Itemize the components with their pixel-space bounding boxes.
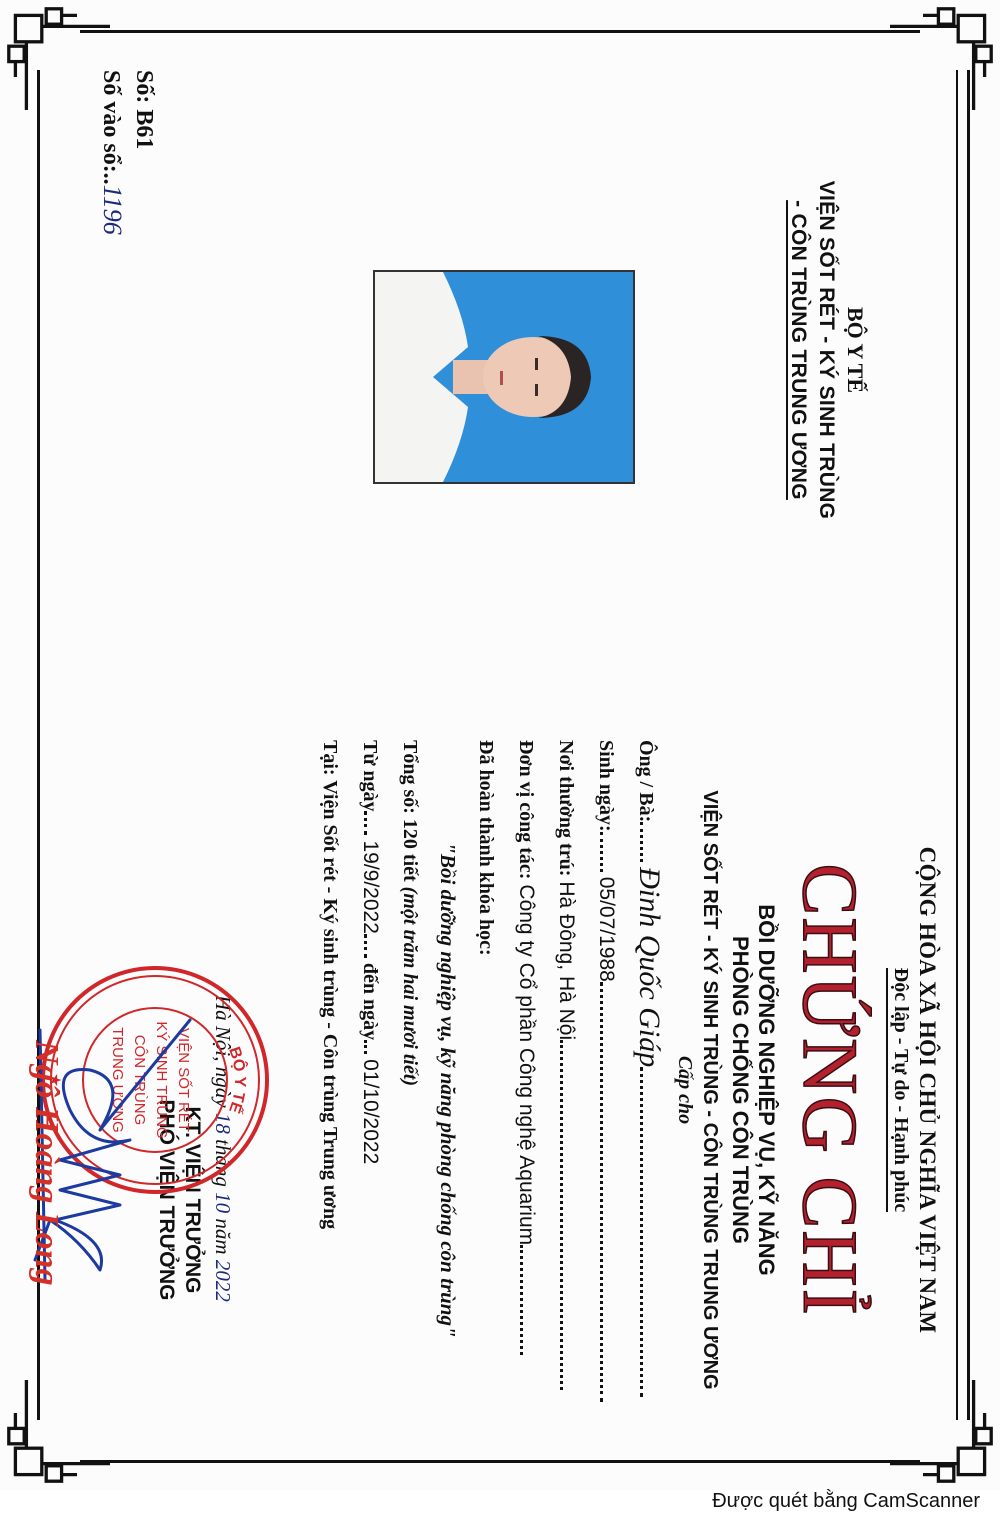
stamp-top-text: BỘ Y TẾ (225, 1045, 250, 1116)
signer-name: Ngô Hoàng Long (27, 1040, 65, 1286)
total-label: Tổng số: 120 tiết (399, 740, 421, 882)
corner-ornament-icon (0, 0, 110, 110)
total-note: (một trăm hai mươi tiết) (399, 887, 421, 1086)
svg-text:BỘ Y TẾ: BỘ Y TẾ (225, 1045, 250, 1116)
dob-value: 05/07/1988 (595, 877, 618, 982)
course-heading-line1: BỒI DƯỠNG NGHIỆP VỤ, KỸ NĂNG (753, 740, 779, 1440)
to-value: 01/10/2022 (359, 1059, 382, 1164)
issued-to-label: Cấp cho (673, 740, 696, 1440)
course-heading: BỒI DƯỠNG NGHIỆP VỤ, KỸ NĂNG PHÒNG CHỐNG… (727, 740, 779, 1440)
corner-ornament-icon (0, 1380, 110, 1490)
scanned-sheet: BỘ Y TẾ VIỆN SỐT RÉT - KÝ SINH TRÙNG - C… (0, 0, 1000, 1490)
name-value: Đinh Quốc Giáp (633, 867, 666, 1067)
workplace-label: Đơn vị công tác: (515, 740, 537, 879)
venue-label: Tại: (319, 740, 341, 776)
border-top (967, 70, 970, 1420)
national-title: CỘNG HÒA XÃ HỘI CHỦ NGHĨA VIỆT NAM (914, 740, 940, 1440)
field-venue: Tại: Viện Sốt rét - Ký sinh trùng - Côn … (310, 740, 350, 1440)
certificate-number-value: B61 (131, 109, 157, 149)
issuer-header: BỘ Y TẾ VIỆN SỐT RÉT - KÝ SINH TRÙNG - C… (784, 70, 870, 630)
ministry-name: BỘ Y TẾ (840, 70, 870, 630)
certificate-title: CHỨNG CHỈ (785, 740, 875, 1440)
certificate: BỘ Y TẾ VIỆN SỐT RÉT - KÝ SINH TRÙNG - C… (0, 0, 1000, 1490)
serial-block: Số: B61 Số vào sổ:..1196 (95, 70, 160, 235)
venue-value: Viện Sốt rét - Ký sinh trùng - Côn trùng… (319, 780, 341, 1229)
certificate-number: Số: B61 (128, 70, 160, 235)
institute-name-line2: - CÔN TRÙNG TRUNG ƯƠNG (784, 70, 812, 630)
national-motto: Độc lập - Tự do - Hạnh phúc (889, 740, 912, 1440)
register-number-value: 1196 (98, 185, 127, 235)
field-workplace: Đơn vị công tác: Công ty Cổ phần Công ng… (506, 740, 546, 1440)
course-name: "Bồi dưỡng nghiệp vụ, kỹ năng phòng chốn… (430, 740, 466, 1440)
residence-value: Hà Đông, Hà Nội (555, 881, 578, 1040)
institute-name-line1: VIỆN SỐT RÉT - KÝ SINH TRÙNG (812, 70, 840, 630)
issuing-institute: VIỆN SỐT RÉT - KÝ SINH TRÙNG - CÔN TRÙNG… (698, 740, 721, 1440)
field-dob: Sinh ngày: 05/07/1988 (586, 740, 626, 1440)
register-number-label: Số vào sổ:.. (98, 70, 124, 185)
field-dates: Từ ngày 19/9/2022 đến ngày 01/10/2022 (350, 740, 390, 1440)
field-total: Tổng số: 120 tiết (một trăm hai mươi tiế… (390, 740, 430, 1440)
national-motto-text: Độc lập - Tự do - Hạnh phúc (886, 968, 912, 1212)
dob-label: Sinh ngày: (595, 740, 617, 832)
workplace-value: Công ty Cổ phần Công nghệ Aquarium (515, 884, 538, 1245)
border-right (80, 1460, 920, 1463)
corner-ornament-icon (890, 0, 1000, 110)
to-label: đến ngày (359, 963, 381, 1040)
name-label: Ông / Bà: (635, 740, 657, 822)
from-label: Từ ngày (359, 740, 381, 811)
residence-label: Nơi thường trú: (555, 740, 577, 876)
border-top-inner (956, 70, 958, 1420)
certificate-number-label: Số: (131, 70, 157, 103)
field-residence: Nơi thường trú: Hà Đông, Hà Nội (546, 740, 586, 1440)
border-left (80, 30, 920, 33)
scanner-watermark: Được quét bằng CamScanner (712, 1490, 980, 1513)
certificate-body: CỘNG HÒA XÃ HỘI CHỦ NGHĨA VIỆT NAM Độc l… (310, 740, 940, 1440)
field-completed: Đã hoàn thành khóa học: (466, 740, 506, 1440)
register-number: Số vào sổ:..1196 (95, 70, 128, 235)
course-heading-line2: PHÒNG CHỐNG CÔN TRÙNG (727, 740, 753, 1440)
completed-label: Đã hoàn thành khóa học: (475, 740, 497, 956)
portrait-photo (373, 270, 635, 484)
from-value: 19/9/2022 (359, 840, 382, 933)
field-name: Ông / Bà: Đinh Quốc Giáp (626, 740, 669, 1440)
